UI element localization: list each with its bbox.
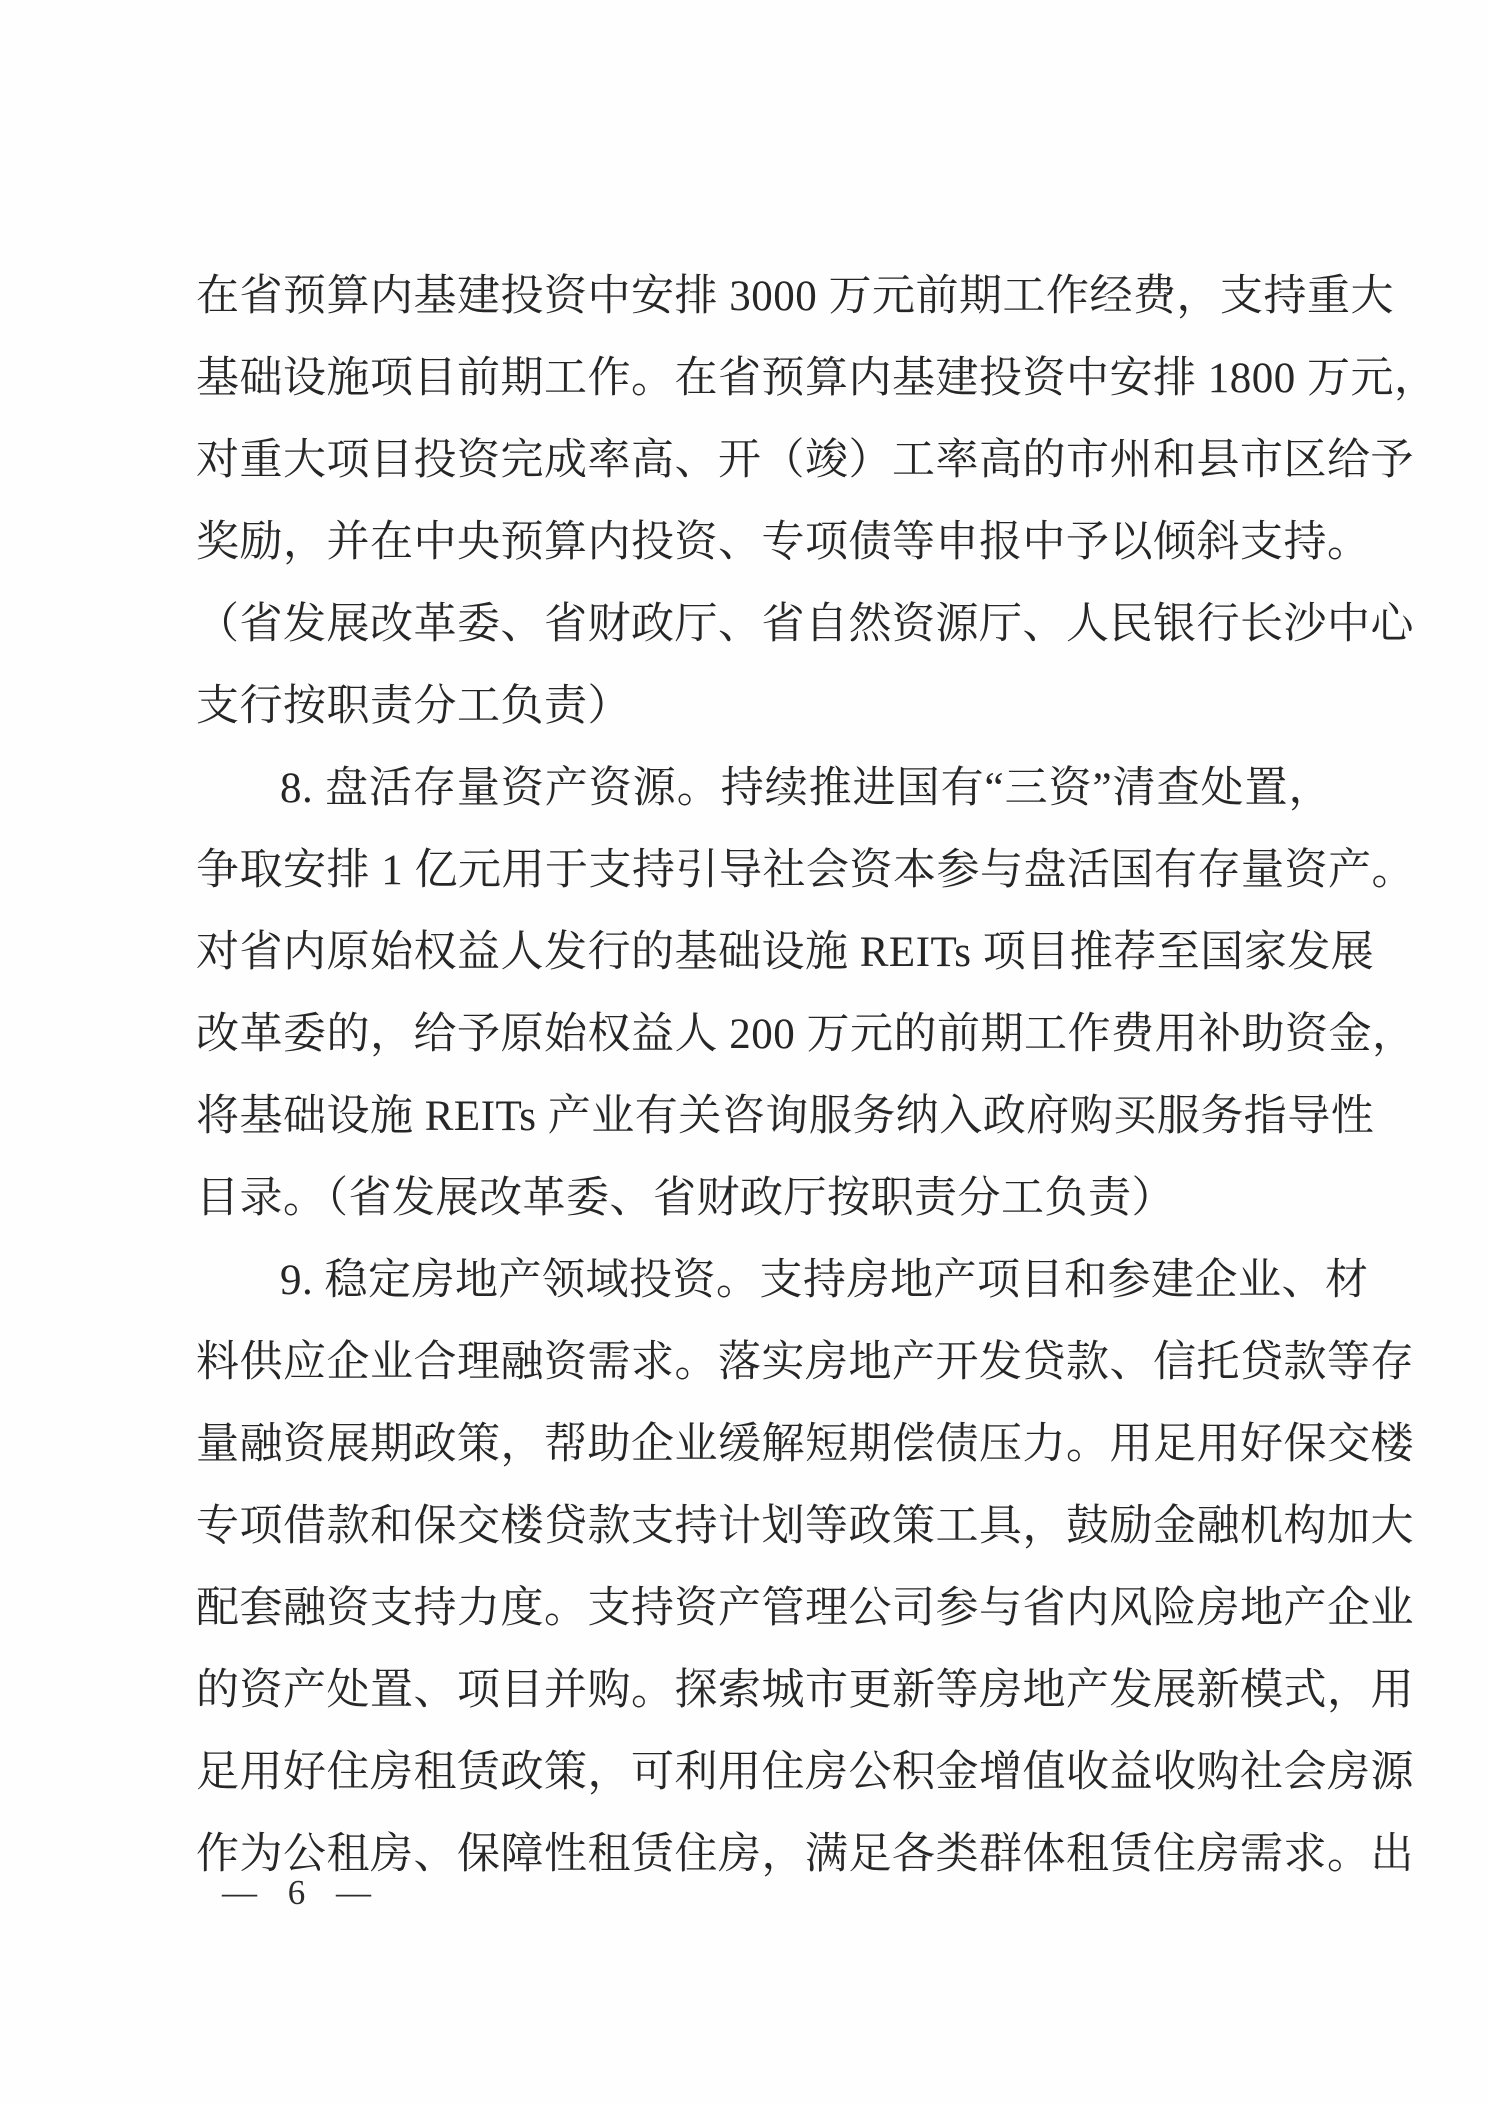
document-line: 配套融资支持力度。支持资产管理公司参与省内风险房地产企业 [196,1568,1332,1650]
document-line: 支行按职责分工负责） [196,666,1332,748]
document-line: 在省预算内基建投资中安排 3000 万元前期工作经费，支持重大 [196,256,1332,338]
document-line: 目录。（省发展改革委、省财政厅按职责分工负责） [196,1158,1332,1240]
document-line: 将基础设施 REITs 产业有关咨询服务纳入政府购买服务指导性 [196,1076,1332,1158]
document-line: 专项借款和保交楼贷款支持计划等政策工具，鼓励金融机构加大 [196,1486,1332,1568]
document-line: （省发展改革委、省财政厅、省自然资源厅、人民银行长沙中心 [196,584,1332,666]
document-line: 料供应企业合理融资需求。落实房地产开发贷款、信托贷款等存 [196,1322,1332,1404]
document-line-item-9-start: 9. 稳定房地产领域投资。支持房地产项目和参建企业、材 [196,1240,1332,1322]
document-body: 在省预算内基建投资中安排 3000 万元前期工作经费，支持重大 基础设施项目前期… [196,256,1332,1896]
document-line: 对省内原始权益人发行的基础设施 REITs 项目推荐至国家发展 [196,912,1332,994]
document-line: 量融资展期政策，帮助企业缓解短期偿债压力。用足用好保交楼 [196,1404,1332,1486]
document-line: 足用好住房租赁政策，可利用住房公积金增值收益收购社会房源 [196,1732,1332,1814]
document-line: 改革委的，给予原始权益人 200 万元的前期工作费用补助资金， [196,994,1332,1076]
document-page: 在省预算内基建投资中安排 3000 万元前期工作经费，支持重大 基础设施项目前期… [0,0,1488,2104]
document-line: 对重大项目投资完成率高、开（竣）工率高的市州和县市区给予 [196,420,1332,502]
document-line: 奖励，并在中央预算内投资、专项债等申报中予以倾斜支持。 [196,502,1332,584]
document-line: 争取安排 1 亿元用于支持引导社会资本参与盘活国有存量资产。 [196,830,1332,912]
document-line: 基础设施项目前期工作。在省预算内基建投资中安排 1800 万元， [196,338,1332,420]
document-line-item-8-start: 8. 盘活存量资产资源。持续推进国有“三资”清查处置， [196,748,1332,830]
document-line: 的资产处置、项目并购。探索城市更新等房地产发展新模式，用 [196,1650,1332,1732]
page-number: — 6 — [222,1872,372,1914]
